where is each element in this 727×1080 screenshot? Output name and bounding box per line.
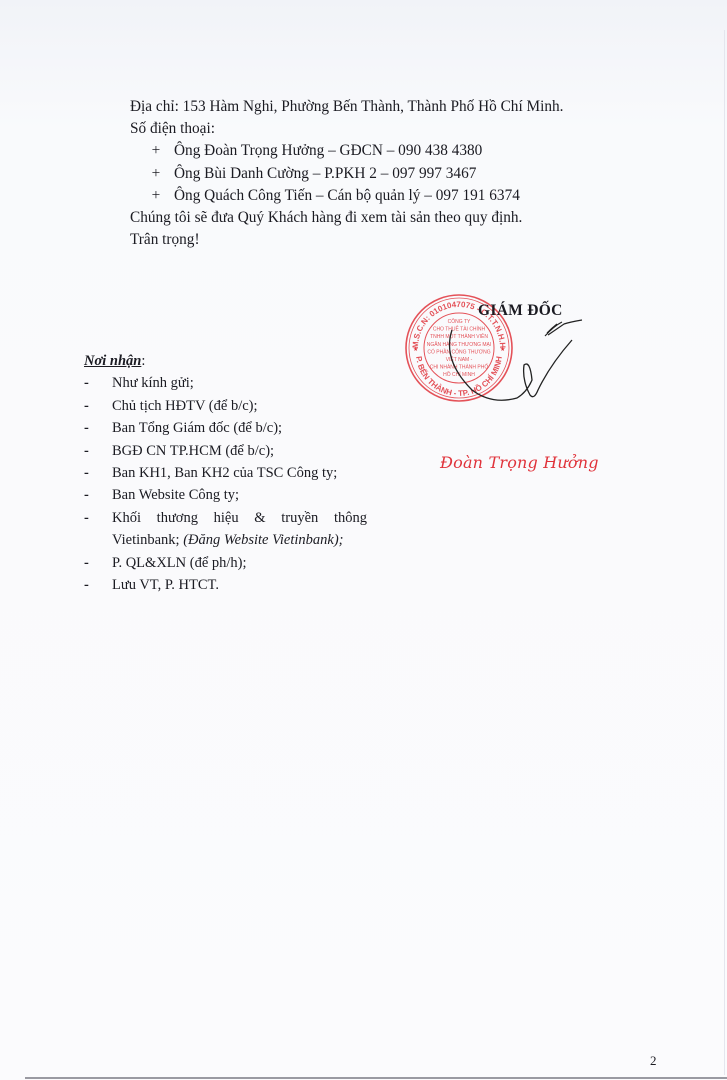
dash-bullet: - — [84, 574, 112, 596]
dash-bullet: - — [84, 372, 112, 394]
handwritten-signature — [432, 300, 602, 415]
svg-text:★: ★ — [413, 346, 418, 353]
address-line: Địa chỉ: 153 Hàm Nghi, Phường Bến Thành,… — [130, 96, 564, 118]
recipient-text: Chủ tịch HĐTV (để b/c); — [112, 395, 367, 417]
plus-bullet: + — [142, 163, 170, 185]
dash-bullet: - — [84, 484, 112, 506]
page-bottom-edge — [25, 1077, 727, 1079]
dash-bullet: - — [84, 552, 112, 574]
heading-colon: : — [141, 353, 145, 369]
recipient-text: Ban KH1, Ban KH2 của TSC Công ty; — [112, 462, 367, 484]
recipient-text: P. QL&XLN (để ph/h); — [112, 552, 367, 574]
signer-name: Đoàn Trọng Hưởng — [440, 453, 599, 472]
regards: Trân trọng! — [130, 229, 564, 251]
contact-item: +Ông Bùi Danh Cường – P.PKH 2 – 097 997 … — [130, 163, 564, 185]
recipient-text-italic: (Đăng Website Vietinbank); — [180, 532, 344, 548]
closing-note: Chúng tôi sẽ đưa Quý Khách hàng đi xem t… — [130, 207, 564, 229]
letter-body: Địa chỉ: 153 Hàm Nghi, Phường Bến Thành,… — [130, 96, 564, 251]
recipients-block: Nơi nhận: -Như kính gửi; -Chủ tịch HĐTV … — [84, 350, 367, 596]
recipients-heading: Nơi nhận — [84, 353, 141, 369]
recipient-text: Như kính gửi; — [112, 372, 367, 394]
recipient-text-line1: Khối thương hiệu & truyền thông — [112, 507, 367, 529]
plus-bullet: + — [142, 140, 170, 162]
document-page: Địa chỉ: 153 Hàm Nghi, Phường Bến Thành,… — [0, 0, 727, 1080]
plus-bullet: + — [142, 185, 170, 207]
dash-bullet: - — [84, 395, 112, 417]
recipient-item: -Ban Tổng Giám đốc (để b/c); — [84, 417, 367, 439]
contact-item: +Ông Quách Công Tiến – Cán bộ quản lý – … — [130, 185, 564, 207]
recipient-item: - Khối thương hiệu & truyền thông Vietin… — [84, 507, 367, 552]
recipient-item: -Như kính gửi; — [84, 372, 367, 394]
phone-label: Số điện thoại: — [130, 118, 564, 140]
recipient-text: Ban Website Công ty; — [112, 484, 367, 506]
page-number: 2 — [650, 1053, 657, 1069]
recipient-text-plain: Vietinbank; — [112, 532, 180, 548]
recipient-item: -Ban KH1, Ban KH2 của TSC Công ty; — [84, 462, 367, 484]
recipient-item: -P. QL&XLN (để ph/h); — [84, 552, 367, 574]
dash-bullet: - — [84, 440, 112, 462]
recipient-text: Ban Tổng Giám đốc (để b/c); — [112, 417, 367, 439]
page-edge — [724, 30, 725, 1075]
contact-text: Ông Bùi Danh Cường – P.PKH 2 – 097 997 3… — [174, 165, 476, 182]
recipient-item: -Chủ tịch HĐTV (để b/c); — [84, 395, 367, 417]
recipient-text: BGĐ CN TP.HCM (để b/c); — [112, 440, 367, 462]
dash-bullet: - — [84, 507, 112, 552]
recipient-item: -BGĐ CN TP.HCM (để b/c); — [84, 440, 367, 462]
dash-bullet: - — [84, 417, 112, 439]
recipients-heading-line: Nơi nhận: — [84, 350, 367, 372]
recipient-text: Lưu VT, P. HTCT. — [112, 574, 367, 596]
contact-text: Ông Đoàn Trọng Hưởng – GĐCN – 090 438 43… — [174, 142, 482, 159]
recipient-text-line2: Vietinbank; (Đăng Website Vietinbank); — [112, 529, 367, 551]
recipient-item: -Lưu VT, P. HTCT. — [84, 574, 367, 596]
recipient-text: Khối thương hiệu & truyền thông Vietinba… — [112, 507, 367, 552]
contact-item: +Ông Đoàn Trọng Hưởng – GĐCN – 090 438 4… — [130, 140, 564, 162]
recipient-item: -Ban Website Công ty; — [84, 484, 367, 506]
dash-bullet: - — [84, 462, 112, 484]
contact-text: Ông Quách Công Tiến – Cán bộ quản lý – 0… — [174, 187, 520, 204]
